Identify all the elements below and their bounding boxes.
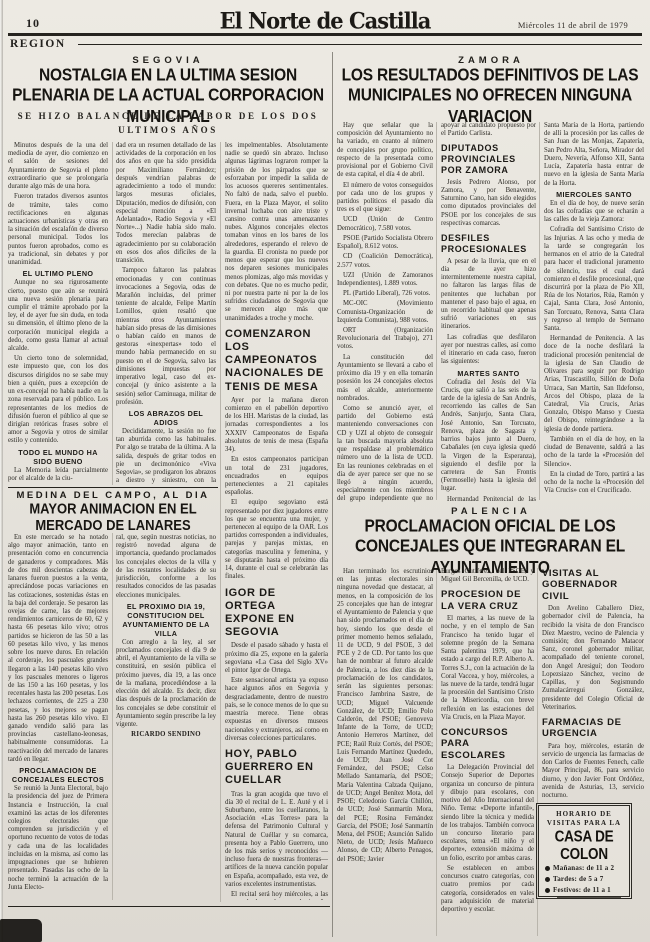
paragraph: Como se anunció ayer, el partido del Gob…	[337, 405, 433, 502]
diputados-subhead: DIPUTADOS PROVINCIALES POR ZAMORA	[441, 143, 536, 175]
vera-cruz-subhead: PROCESION DE LA VERA CRUZ	[441, 589, 534, 612]
paragraph: La constitución del Ayuntamiento se llev…	[337, 354, 433, 403]
schedule-item: Tardes: de 5 a 7	[553, 875, 603, 883]
schedule-item: Mañanas: de 11 a 2	[553, 864, 614, 872]
zamora-headline: LOS RESULTADOS DEFINITIVOS DE LAS MUNICI…	[336, 66, 644, 127]
casa-colon-box: HORARIO DE VISITAS PARA LA CASA DE COLON…	[536, 803, 632, 899]
palencia-column-2: Burgos Gutiérrez, del PSOE, y Miguel Gil…	[441, 568, 534, 936]
zamora-column-1: Hay que señalar que la composición del A…	[337, 122, 433, 502]
paragraph: Un cierto tono de solemnidad, este impue…	[8, 355, 108, 445]
paragraph: Aunque no sea rigurosamente cierto, pues…	[8, 279, 108, 353]
subhead: LOS ABRAZOS DEL ADIOS	[116, 409, 216, 427]
medina-column-2: ral, que, según nuestras noticias, no re…	[116, 534, 216, 902]
segovia-kicker: SEGOVIA	[8, 55, 328, 66]
paragraph: dad era un resumen detallado de las acti…	[116, 142, 216, 265]
column-rule	[220, 142, 221, 902]
paragraph: Para hoy, miércoles, estarán de servicio…	[542, 743, 644, 800]
paragraph: Minutos después de la una del mediodía d…	[8, 142, 108, 191]
paragraph: Burgos Gutiérrez, del PSOE, y Miguel Gil…	[441, 568, 534, 584]
edition-date: Miércoles 11 de abril de 1979	[518, 20, 628, 30]
concert-subhead: HOY, PABLO GUERRERO EN CUELLAR	[225, 748, 328, 788]
schedule-underline	[557, 897, 621, 898]
colon-box-name: CASA DE COLON	[543, 828, 625, 863]
paragraph: apoyar al candidato propuesto por el Par…	[441, 122, 536, 138]
vote-line: PL (Partido Liberal), 726 votos.	[337, 290, 433, 298]
column-rule	[112, 142, 113, 485]
newspaper-page: 10 El Norte de Castilla Miércoles 11 de …	[0, 0, 650, 942]
bullet-icon	[545, 888, 550, 893]
paragraph: Se reunió la Junta Electoral, bajo la pr…	[8, 785, 108, 892]
paragraph: En estos campeonatos participan un total…	[225, 456, 328, 497]
vote-line: CD (Coalición Democrática), 2.577 votos.	[337, 253, 433, 269]
half-divider-rule	[332, 52, 333, 937]
paragraph: Hermandad de Penitencia. A las doce de l…	[544, 335, 644, 434]
paragraph: En este mercado se ha notado algo mayor …	[8, 534, 108, 764]
scan-edge	[0, 0, 3, 942]
farmacias-subhead: FARMACIAS DE URGENCIA	[542, 717, 644, 740]
schedule-row: Mañanas: de 11 a 2	[545, 864, 625, 872]
column-rule	[112, 533, 113, 900]
paragraph: También en el día de hoy, en la ciudad d…	[544, 436, 644, 469]
paragraph: Decididamente, la sesión no fue tan abur…	[116, 428, 216, 485]
paragraph: Hermandad Penitencial de las Siete Palab…	[441, 496, 536, 502]
paragraph: Jesús Pedrero Alonso, por Zamora, y por …	[441, 179, 536, 228]
paragraph: les impelmentables. Absolutamente nadie …	[225, 142, 328, 323]
paragraph: El recital será hoy miércoles, a las nue…	[225, 891, 328, 900]
paragraph: La Memoria leída parcialmente por el alc…	[8, 467, 108, 483]
vote-line: UZI (Unión de Zamoranos Independientes),…	[337, 272, 433, 288]
palencia-column-1: Han terminado los escrutinios en las jun…	[337, 568, 433, 936]
header-rule	[8, 33, 642, 36]
ink-smudge	[0, 919, 42, 942]
paragraph: Don Avelino Caballero Díez, gobernador c…	[542, 605, 644, 712]
subhead: EL PROXIMO DIA 19, CONSTITUCION DEL AYUN…	[116, 602, 216, 638]
colon-box-title: HORARIO DE VISITAS PARA LA	[543, 810, 625, 828]
paragraph: Se establecen en ambos concursos cuatro …	[441, 865, 534, 914]
section-label: REGION	[10, 38, 66, 50]
vote-line: ORT (Organización Revolucionaria del Tra…	[337, 327, 433, 352]
tennis-subhead: COMENZARON LOS CAMPEONATOS NACIONALES DE…	[225, 328, 328, 394]
vote-line: PSOE (Partido Socialista Obrero Español)…	[337, 235, 433, 251]
paragraph: Han terminado los escrutinios en las jun…	[337, 568, 433, 864]
paragraph: Santa María de la Horta, partiendo de al…	[544, 122, 644, 188]
paragraph: En la ciudad de Toro, partirá a las ocho…	[544, 471, 644, 496]
medina-headline: MAYOR ANIMACION EN EL MERCADO DE LANARES	[8, 501, 218, 534]
martes-santo-subhead: MARTES SANTO	[441, 369, 536, 378]
zamora-column-2: apoyar al candidato propuesto por el Par…	[441, 122, 536, 502]
segovia-deck: SE HIZO BALANCE DE LA LABOR DE LOS DOS U…	[12, 110, 324, 137]
paragraph: El equipo segoviano está representado po…	[225, 499, 328, 581]
column-rule	[436, 122, 437, 500]
paragraph: Con arreglo a la ley, al ser proclamados…	[116, 639, 216, 729]
segovia-column-1: Minutos después de la una del mediodía d…	[8, 142, 108, 485]
medina-top-rule	[8, 487, 218, 488]
paragraph: El martes, a las nueve de la noche, y en…	[441, 615, 534, 722]
paragraph: La Delegación Provincial del Consejo Sup…	[441, 764, 534, 863]
paragraph: En el día de hoy, de nueve serán dos las…	[544, 200, 644, 225]
paragraph: Cofradía del Jesús del Vía Crucis, que s…	[441, 379, 536, 494]
subhead: EL ULTIMO PLENO	[8, 269, 108, 278]
palencia-kicker: PALENCIA	[336, 506, 646, 517]
paragraph: Hay que señalar que la composición del A…	[337, 122, 433, 180]
paragraph: A pesar de la lluvia, que en el día de a…	[441, 258, 536, 332]
paragraph: Tras la gran acogida que tuvo el día 30 …	[225, 791, 328, 890]
miercoles-santo-subhead: MIERCOLES SANTO	[544, 190, 644, 199]
subhead: PROCLAMACION DE CONCEJALES ELECTOS	[8, 766, 108, 784]
palencia-column-3: VISITAS AL GOBERNADOR CIVIL Don Avelino …	[542, 568, 644, 800]
segovia-column-2: dad era un resumen detallado de las acti…	[116, 142, 216, 485]
medina-column-1: En este mercado se ha notado algo mayor …	[8, 534, 108, 902]
paragraph: ral, que, según nuestras noticias, no re…	[116, 534, 216, 600]
bullet-icon	[545, 877, 550, 882]
column-rule	[436, 568, 437, 936]
subhead: TODO EL MUNDO HA SIDO BUENO	[8, 448, 108, 466]
paragraph: Las cofradías que desfilaron ayer por nu…	[441, 334, 536, 367]
segovia-column-3: les impelmentables. Absolutamente nadie …	[225, 142, 328, 900]
paragraph: Tampoco faltaron las palabras emocionada…	[116, 267, 216, 407]
section-rule	[78, 44, 642, 45]
byline: RICARDO SENDINO	[116, 731, 216, 738]
paragraph: Este sensacional artista ya expuso hace …	[225, 677, 328, 743]
paragraph: Ayer por la mañana dieron comienzo en el…	[225, 397, 328, 455]
schedule-row: Tardes: de 5 a 7	[545, 875, 625, 883]
vote-line: UCD (Unión de Centro Democrático), 7.580…	[337, 216, 433, 232]
gobernador-subhead: VISITAS AL GOBERNADOR CIVIL	[542, 568, 644, 602]
left-bottom-rule	[8, 906, 330, 907]
schedule-row: Festivos: de 11 a 1	[545, 886, 625, 894]
zamora-column-3: Santa María de la Horta, partiendo de al…	[544, 122, 644, 502]
bullet-icon	[545, 866, 550, 871]
schedule-item: Festivos: de 11 a 1	[553, 886, 611, 894]
paragraph: El número de votos conseguidos por cada …	[337, 182, 433, 215]
vote-line: MC-OIC (Movimiento Comunista-Organizació…	[337, 300, 433, 325]
art-subhead: IGOR DE ORTEGA EXPONE EN SEGOVIA	[225, 587, 328, 640]
column-rule	[539, 122, 540, 500]
zamora-kicker: ZAMORA	[336, 55, 646, 66]
desfiles-subhead: DESFILES PROCESIONALES	[441, 233, 536, 255]
paragraph: Fueron tratados diversos asuntos de trám…	[8, 193, 108, 267]
concursos-subhead: CONCURSOS PARA ESCOLARES	[441, 727, 534, 761]
paragraph: Cofradía del Santísimo Cristo de las Inj…	[544, 226, 644, 333]
paragraph: Desde el pasado sábado y hasta el próxim…	[225, 642, 328, 675]
